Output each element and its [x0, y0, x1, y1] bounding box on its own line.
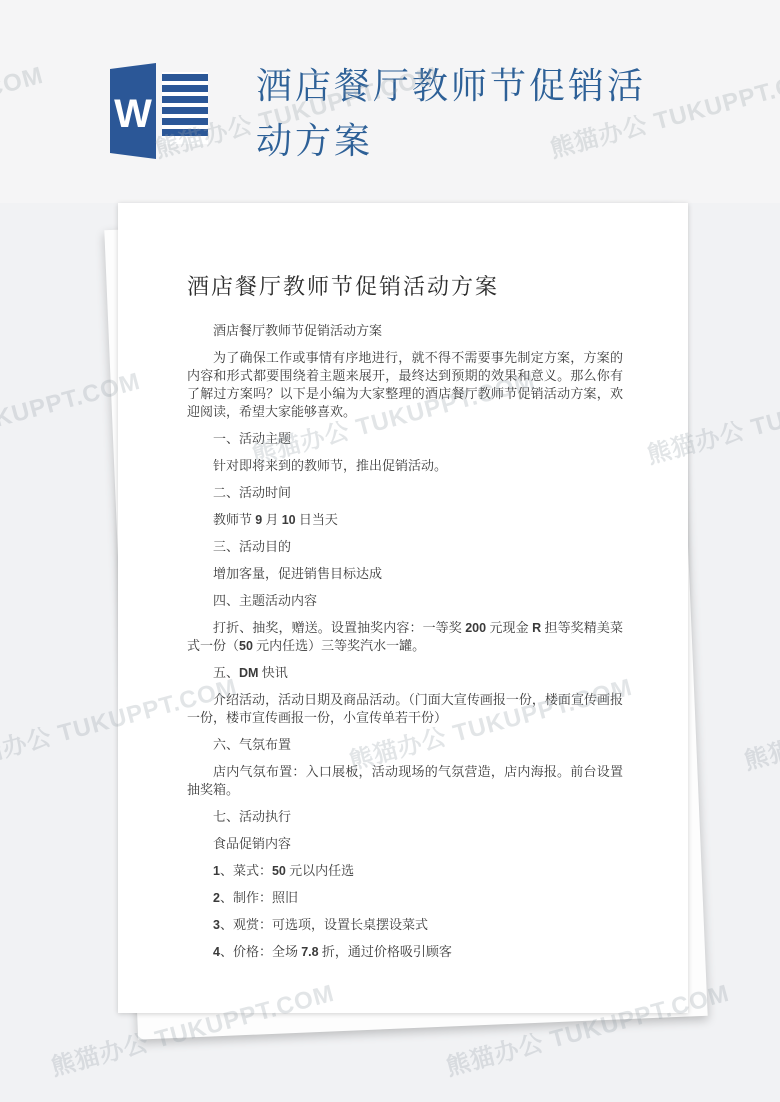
doc-paragraph: 介绍活动，活动日期及商品活动。（门面大宣传画报一份，楼面宣传画报一份，楼市宣传画…: [187, 691, 623, 727]
doc-paragraph: 增加客量，促进销售目标达成: [187, 565, 623, 583]
doc-paragraph: 3、观赏：可选项，设置长桌摆设菜式: [187, 916, 623, 934]
doc-paragraph: 四、主题活动内容: [187, 592, 623, 610]
doc-paragraph: 三、活动目的: [187, 538, 623, 556]
watermark: 熊猫办公 TUKUPPT.COM: [739, 667, 780, 776]
word-icon-page: [162, 72, 208, 144]
page-title: 酒店餐厅教师节促销活动方案: [256, 58, 676, 168]
document-heading: 酒店餐厅教师节促销活动方案: [187, 273, 623, 301]
word-icon-letter: W: [114, 92, 152, 136]
doc-paragraph: 酒店餐厅教师节促销活动方案: [187, 322, 623, 340]
word-document-icon: W: [104, 62, 210, 168]
doc-paragraph: 1、菜式：50 元以内任选: [187, 862, 623, 880]
doc-paragraph: 食品促销内容: [187, 835, 623, 853]
doc-paragraph: 为了确保工作或事情有序地进行，就不得不需要事先制定方案，方案的内容和形式都要围绕…: [187, 349, 623, 421]
doc-paragraph: 六、气氛布置: [187, 736, 623, 754]
doc-paragraph: 一、活动主题: [187, 430, 623, 448]
doc-paragraph: 教师节 9 月 10 日当天: [187, 511, 623, 529]
doc-paragraph: 二、活动时间: [187, 484, 623, 502]
doc-paragraph: 五、DM 快讯: [187, 664, 623, 682]
doc-paragraph: 七、活动执行: [187, 808, 623, 826]
document-body: 酒店餐厅教师节促销活动方案为了确保工作或事情有序地进行，就不得不需要事先制定方案…: [187, 322, 623, 961]
doc-paragraph: 店内气氛布置：入口展板，活动现场的气氛营造，店内海报。前台设置抽奖箱。: [187, 763, 623, 799]
document-page: 酒店餐厅教师节促销活动方案 酒店餐厅教师节促销活动方案为了确保工作或事情有序地进…: [118, 203, 688, 1013]
doc-paragraph: 4、价格：全场 7.8 折，通过价格吸引顾客: [187, 943, 623, 961]
doc-paragraph: 针对即将来到的教师节，推出促销活动。: [187, 457, 623, 475]
doc-paragraph: 2、制作：照旧: [187, 889, 623, 907]
doc-paragraph: 打折、抽奖，赠送。设置抽奖内容：一等奖 200 元现金 R 担等奖精美菜式一份（…: [187, 619, 623, 655]
